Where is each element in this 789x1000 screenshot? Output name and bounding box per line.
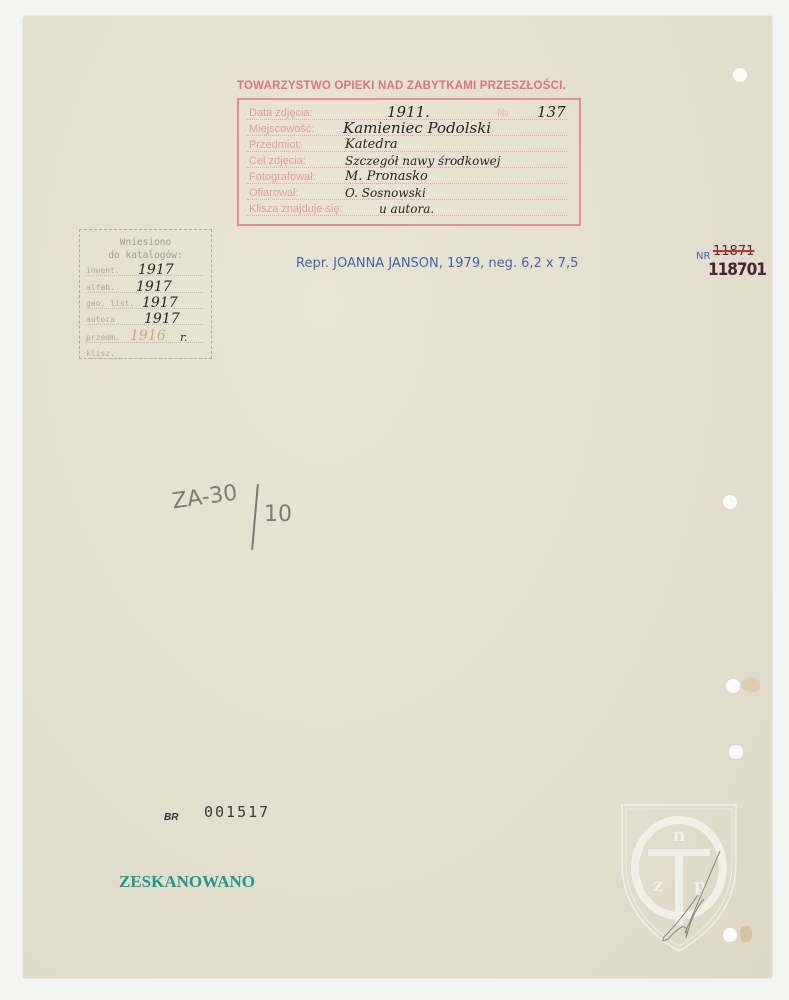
catalog-row-value: 1916 xyxy=(130,328,166,344)
stamp-row-subject: Przedmiot: Katedra xyxy=(247,136,567,152)
br-label: BR xyxy=(164,812,178,823)
photographer: M. Pronasko xyxy=(345,169,428,184)
stamp-label: Fotografował: xyxy=(249,171,316,183)
stamp-label: Miejscowość: xyxy=(249,123,314,135)
catalog-stamp: Wniesiono do katalogów: inwent. 1917 alf… xyxy=(79,229,212,359)
photo-purpose: Szczegół nawy środkowej xyxy=(345,154,500,168)
number-sign: № xyxy=(497,107,509,119)
catalog-row-label: inwent. xyxy=(86,266,120,275)
photo-place: Kamieniec Podolski xyxy=(343,119,491,137)
stamp-row-purpose: Cel zdjęcia: Szczegół nawy środkowej xyxy=(247,152,567,168)
catalog-row-label: geo. list. xyxy=(86,299,134,308)
catalog-row-label: klisz. xyxy=(86,349,115,358)
stamp-label: Klisza znajduje się: xyxy=(249,203,343,215)
svg-text:z: z xyxy=(653,875,663,896)
svg-text:p: p xyxy=(694,875,707,896)
catalog-row: geo. list. 1917 xyxy=(86,296,203,309)
svg-text:n: n xyxy=(672,825,685,846)
punch-hole xyxy=(726,679,740,693)
stain xyxy=(740,926,752,942)
punch-hole xyxy=(723,495,737,509)
catalog-row-value: 1917 xyxy=(138,262,174,278)
society-watermark-icon: n z p xyxy=(620,803,738,953)
pencil-mark-right: 10 xyxy=(264,502,292,527)
catalog-row: klisz. xyxy=(86,346,203,359)
catalog-row: inwent. 1917 xyxy=(86,263,203,276)
photo-subject: Katedra xyxy=(345,137,398,152)
catalog-heading: Wniesiono xyxy=(80,237,211,248)
inventory-number: 118701 xyxy=(708,260,766,280)
catalog-row-label: alfab. xyxy=(86,283,115,292)
stamp-label: Data zdjęcia: xyxy=(249,107,313,119)
stamp-label: Przedmiot: xyxy=(249,139,302,151)
stamp-row-date: Data zdjęcia: 1911. № 137 xyxy=(247,104,567,120)
catalog-row: autora 1917 xyxy=(86,312,203,325)
catalog-heading: do katalogów: xyxy=(80,250,211,261)
br-number: 001517 xyxy=(204,803,270,821)
punch-hole xyxy=(733,68,747,82)
reproduction-note: Repr. JOANNA JANSON, 1979, neg. 6,2 x 7,… xyxy=(296,256,578,271)
plate-location: u autora. xyxy=(379,202,434,216)
stain xyxy=(742,678,760,692)
scanned-stamp: ZESKANOWANO xyxy=(119,872,255,892)
stamp-row-plate: Klisza znajduje się: u autora. xyxy=(247,200,567,216)
catalog-row-value: 1917 xyxy=(136,279,172,295)
struck-number: 11871 xyxy=(713,244,754,259)
stamp-label: Cel zdjęcia: xyxy=(249,155,306,167)
stamp-label: Ofiarował: xyxy=(249,187,299,199)
catalog-row-value: 1917 xyxy=(144,311,180,327)
catalog-row-label: przedm. xyxy=(86,333,120,342)
society-stamp-title: TOWARZYSTWO OPIEKI NAD ZABYTKAMI PRZESZŁ… xyxy=(237,80,592,92)
society-stamp: Data zdjęcia: 1911. № 137 Miejscowość: K… xyxy=(237,98,581,226)
catalog-row-suffix: r. xyxy=(180,331,188,344)
donor: O. Sosnowski xyxy=(345,186,426,200)
photo-number: 137 xyxy=(537,103,566,121)
catalog-row-label: autora xyxy=(86,315,115,324)
stamp-row-donor: Ofiarował: O. Sosnowski xyxy=(247,184,567,200)
catalog-row: przedm. 1916 r. xyxy=(86,330,203,343)
catalog-row: alfab. 1917 xyxy=(86,280,203,293)
punch-hole xyxy=(729,745,743,759)
stamp-row-place: Miejscowość: Kamieniec Podolski xyxy=(247,120,567,136)
catalog-row-value: 1917 xyxy=(142,295,178,311)
stamp-row-photographer: Fotografował: M. Pronasko xyxy=(247,168,567,184)
